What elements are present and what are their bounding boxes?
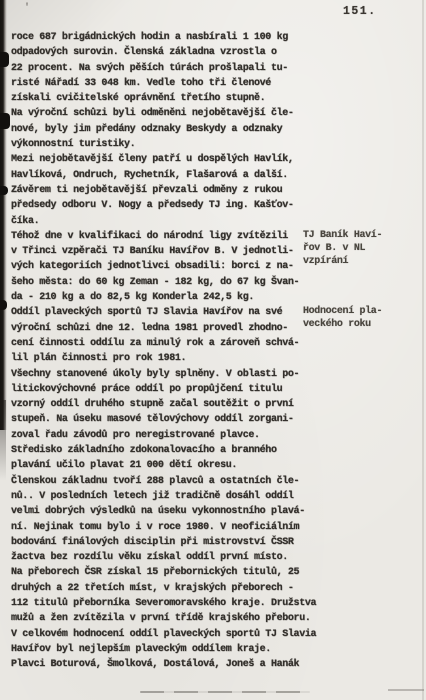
text-line: ní. Nejinak tomu bylo i v roce 1980. V n… [11, 520, 341, 535]
text-line: roce 687 brigádnických hodin a nasbírali… [11, 30, 341, 45]
text-line: cení činnosti oddílu za minulý rok a zár… [11, 336, 341, 351]
margin-note-line: Hodnocení pla- [303, 305, 423, 318]
text-line: předsedy odboru V. Nogy a předsedy TJ in… [11, 198, 341, 213]
text-line: vzorný oddíl druhého stupně začal soutěž… [11, 397, 341, 412]
text-line: Havlíková, Ondruch, Rychetník, Flašarová… [11, 168, 341, 183]
text-line: 22 procent. Na svých pěších túrách prošl… [11, 61, 341, 76]
scan-edge-artifact [0, 113, 10, 129]
text-line: plavání učilo plavat 21 000 dětí okresu. [11, 458, 341, 473]
text-line: litickovýchovné práce oddíl po propůjčen… [11, 382, 341, 397]
scan-edge-artifact [0, 300, 7, 310]
text-line: odpadových surovin. Členská základna vzr… [11, 45, 341, 60]
text-line: výroční schůzi dne 12. ledna 1981 proved… [11, 321, 341, 336]
text-line: 112 titulů přeborníka Severomoravského k… [11, 596, 341, 611]
text-line: žactva bez rozdílu věku získal oddíl prv… [11, 550, 341, 565]
text-line: Téhož dne v kvalifikaci do národní ligy … [11, 229, 341, 244]
text-line: číka. [11, 214, 341, 229]
margin-note-line: vzpírání [303, 255, 423, 268]
text-line: Středisko základního zdokonalovacího a b… [11, 443, 341, 458]
text-line: Plavci Boturová, Šmolková, Dostálová, Jo… [11, 657, 341, 672]
text-line: Závěrem ti nejobětavější převzali odměny… [11, 183, 341, 198]
text-line: Mezi nejobětavější členy patří u dospělý… [11, 152, 341, 167]
text-line: Členskou základnu tvoří 288 plavců a ost… [11, 474, 341, 489]
text-line: zoval řadu závodů pro neregistrované pla… [11, 428, 341, 443]
scan-speck: ' [24, 3, 30, 14]
text-line: nů.. V posledních letech již tradičně do… [11, 489, 341, 504]
text-line: lil plán činnosti pro rok 1981. [11, 351, 341, 366]
margin-note-swimming: Hodnocení pla-veckého roku [303, 305, 423, 331]
margin-note-line: řov B. v NL [303, 242, 423, 255]
text-line: velmi dobrých výsledků na úseku vykonnos… [11, 504, 341, 519]
text-line: výkonnostní turistiky. [11, 137, 341, 152]
text-line: Havířov byl nejlepším plaveckým oddílem … [11, 642, 341, 657]
scanned-document-page: ' 151. roce 687 brigádnických hodin a na… [0, 0, 426, 700]
text-line: da - 210 kg a do 82,5 kg Konderla 242,5 … [11, 290, 341, 305]
text-line: nové, byly jim předány odznaky Beskydy a… [11, 122, 341, 137]
text-line: Všechny stanovené úkoly byly splněny. V … [11, 367, 341, 382]
text-line: stupeň. Na úseku masové tělovýchovy oddí… [11, 412, 341, 427]
scan-binding-edge-fade [0, 400, 6, 490]
scan-edge-right [422, 0, 424, 700]
text-line: v Třinci vzpěrači TJ Baníku Havířov B. V… [11, 244, 341, 259]
text-line: V celkovém hodnocení oddíl plaveckých sp… [11, 627, 341, 642]
text-line: získali cvičitelské oprávnění třetího st… [11, 91, 341, 106]
text-line: druhých a 22 třetích míst, v krajských p… [11, 581, 341, 596]
scan-streak [388, 689, 424, 691]
text-line: risté Nářadí 33 048 km. Vedle toho tři č… [11, 76, 341, 91]
text-line: Oddíl plaveckých sportů TJ Slavia Havířo… [11, 305, 341, 320]
text-line: mužů a žen zvítězila v první třídě krajs… [11, 611, 341, 626]
margin-note-weightlifting: TJ Baník Haví-řov B. v NLvzpírání [303, 229, 423, 268]
margin-note-line: veckého roku [303, 318, 423, 331]
scan-edge-artifact [0, 52, 9, 67]
page-number: 151. [343, 5, 377, 18]
text-line: šeho města: do 60 kg Zeman - 182 kg, do … [11, 275, 341, 290]
scan-edge-artifact [0, 186, 8, 195]
text-line: bodování finálových disciplin při mistro… [11, 535, 341, 550]
document-body: roce 687 brigádnických hodin a nasbírali… [11, 30, 341, 672]
scan-streak [140, 691, 310, 693]
text-line: Na výroční schůzi byli odměněni nejoběta… [11, 106, 341, 121]
text-line: Na přeborech ČSR získal 15 přebornických… [11, 565, 341, 580]
margin-note-line: TJ Baník Haví- [303, 229, 423, 242]
text-line: vých kategoriích jednotlivci obsadili: b… [11, 259, 341, 274]
